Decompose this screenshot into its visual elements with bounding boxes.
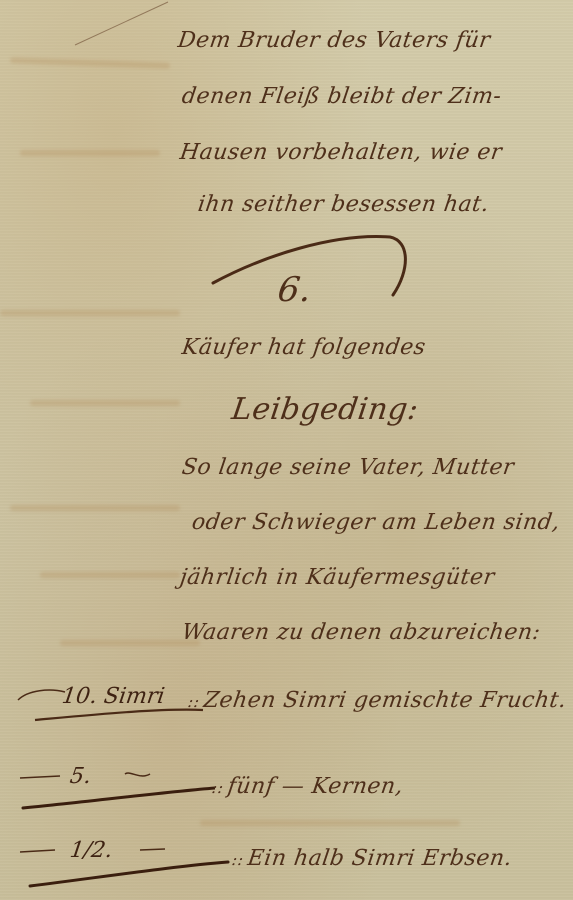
- margin-underline: [15, 770, 215, 810]
- entry-1-margin: 10. Simri: [60, 684, 166, 709]
- text-line-4: ihn seither besessen hat.: [196, 192, 491, 217]
- pen-stroke: [70, 0, 170, 50]
- text-line-1: Dem Bruder des Vaters für: [176, 28, 492, 53]
- section-intro: Käufer hat folgendes: [180, 335, 427, 360]
- paper-stain: [10, 505, 180, 511]
- text-line-2: denen Fleiß bleibt der Zim-: [180, 84, 503, 109]
- body-line-3: jährlich in Käufermesgüter: [178, 565, 496, 590]
- paper-stain: [200, 820, 460, 826]
- entry-2-text: ::fünf — Kernen,: [210, 774, 405, 799]
- entry-2-margin: 5.: [68, 764, 93, 789]
- section-number: 6.: [275, 270, 314, 310]
- paper-stain: [0, 310, 180, 316]
- manuscript-page: Dem Bruder des Vaters für denen Fleiß bl…: [0, 0, 573, 900]
- text-line-3: Hausen vorbehalten, wie er: [178, 140, 504, 165]
- paper-stain: [60, 640, 200, 646]
- paper-stain: [20, 150, 160, 156]
- section-title: Leibgeding:: [230, 392, 421, 427]
- entry-3-margin: 1/2.: [68, 838, 114, 863]
- body-line-2: oder Schwieger am Leben sind,: [190, 510, 561, 535]
- entry-1-text: ::Zehen Simri gemischte Frucht.: [186, 688, 568, 713]
- body-line-1: So lange seine Vater, Mutter: [180, 455, 516, 480]
- margin-underline: [15, 840, 235, 890]
- paper-stain: [10, 57, 170, 69]
- entry-3-text: ::Ein halb Simri Erbsen.: [230, 846, 514, 871]
- paper-stain: [40, 572, 180, 578]
- paper-stain: [30, 400, 180, 406]
- body-line-4: Waaren zu denen abzureichen:: [180, 620, 542, 645]
